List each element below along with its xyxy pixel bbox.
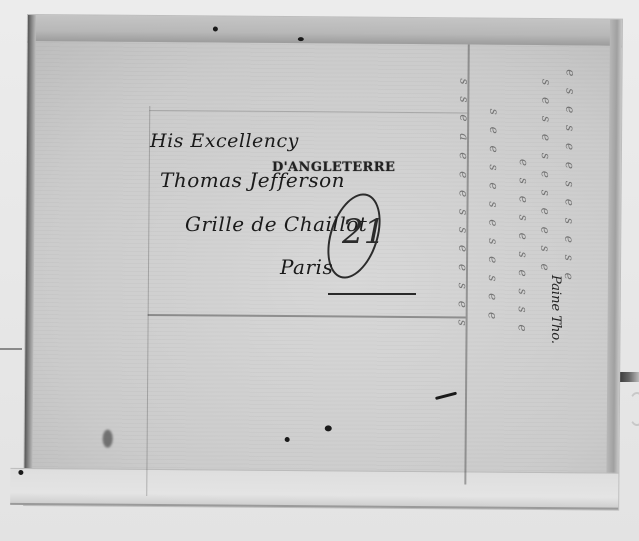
address-line-title: His Excellency [150,130,299,152]
background-edge-line [0,348,22,350]
background-curl [628,392,639,426]
address-underline [328,293,416,295]
ink-spot [298,37,304,41]
bleed-through-text: e s e s e s e s s e [514,159,531,489]
ink-smudge [103,430,113,448]
ink-spot [285,437,290,442]
bleed-through-text: s e e s e s e s e s e e [484,109,501,489]
ink-spot [18,470,23,475]
ink-spot [213,26,218,31]
address-line-city: Paris [280,255,333,279]
docket-note: Paine Tho. [548,275,563,344]
ink-spot [325,425,332,431]
address-line-name: Thomas Jefferson [160,168,345,192]
address-line-street: Grille de Chaillot [185,212,367,236]
